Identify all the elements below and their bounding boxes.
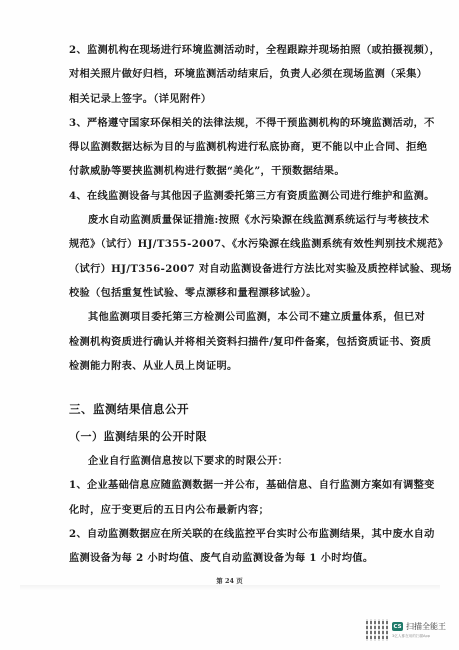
paragraph-line: 2、自动监测数据应在所关联的在线监控平台实时公布监测结果，其中废水自动	[69, 522, 399, 546]
paragraph-line: 废水自动监测质量保证措施:按照《水污染源在线监测系统运行与考核技术	[69, 208, 399, 232]
document-body: 2、监测机构在现场进行环境监测活动时，全程跟踪并现场拍照（或拍摄视频）， 对相关…	[69, 38, 399, 378]
watermark-tagline: 3亿人都在用的扫描App	[392, 634, 446, 639]
paragraph-line: 规范》（试行）HJ/T355-2007、《水污染源在线监测系统有效性判别技术规范…	[69, 232, 399, 256]
watermark-brand: CS 扫描全能王	[392, 621, 446, 632]
qr-code-icon	[366, 619, 388, 641]
scanner-watermark: CS 扫描全能王 3亿人都在用的扫描App	[366, 616, 456, 644]
paragraph-line: 检测机构资质进行确认并将相关资料扫描件/复印件备案，包括资质证书、资质	[69, 330, 399, 354]
paragraph-line: （试行）HJ/T356-2007 对自动监测设备进行方法比对实验及质控样试验、现…	[69, 257, 399, 281]
subsection-heading: （一）监测结果的公开时限	[69, 428, 207, 444]
paragraph-line: 付款威胁等要挟监测机构进行数据“美化”，干预数据结果。	[69, 159, 399, 183]
paragraph-line: 监测设备为每 2 小时均值、废气自动监测设备为每 1 小时均值。	[69, 546, 399, 570]
paragraph-line: 化时，应于变更后的五日内公布最新内容；	[69, 498, 399, 522]
paragraph-line: 1、企业基础信息应随监测数据一并公布，基础信息、自行监测方案如有调整变	[69, 473, 399, 497]
paragraph-line: 相关记录上签字。（详见附件）	[69, 87, 399, 111]
paragraph-line: 其他监测项目委托第三方检测公司监测，本公司不建立质量体系，但已对	[69, 305, 399, 329]
camscanner-logo-icon: CS	[392, 622, 403, 631]
document-page: 2、监测机构在现场进行环境监测活动时，全程跟踪并现场拍照（或拍摄视频）， 对相关…	[0, 0, 459, 650]
scan-shadow	[20, 585, 440, 591]
paragraph-line: 对相关照片做好归档，环境监测活动结束后，负责人必须在现场监测（采集）	[69, 62, 399, 86]
section-heading: 三、监测结果信息公开	[69, 401, 189, 417]
section-body: 企业自行监测信息按以下要求的时限公开： 1、企业基础信息应随监测数据一并公布，基…	[69, 449, 399, 570]
paragraph-line: 得以监测数据达标为目的与监测机构进行私底协商，更不能以中止合同、拒绝	[69, 135, 399, 159]
page-number: 第 24 页	[0, 576, 459, 585]
paragraph-line: 校验（包括重复性试验、零点漂移和量程漂移试验）。	[69, 281, 399, 305]
watermark-text-group: CS 扫描全能王 3亿人都在用的扫描App	[392, 621, 446, 639]
paragraph-line: 4、在线监测设备与其他因子监测委托第三方有资质监测公司进行维护和监测。	[69, 184, 399, 208]
watermark-app-name: 扫描全能王	[406, 621, 446, 632]
paragraph-line: 企业自行监测信息按以下要求的时限公开：	[69, 449, 399, 473]
paragraph-line: 2、监测机构在现场进行环境监测活动时，全程跟踪并现场拍照（或拍摄视频），	[69, 38, 399, 62]
paragraph-line: 3、严格遵守国家环保相关的法律法规，不得干预监测机构的环境监测活动，不	[69, 111, 399, 135]
paragraph-line: 检测能力附表、从业人员上岗证明。	[69, 354, 399, 378]
